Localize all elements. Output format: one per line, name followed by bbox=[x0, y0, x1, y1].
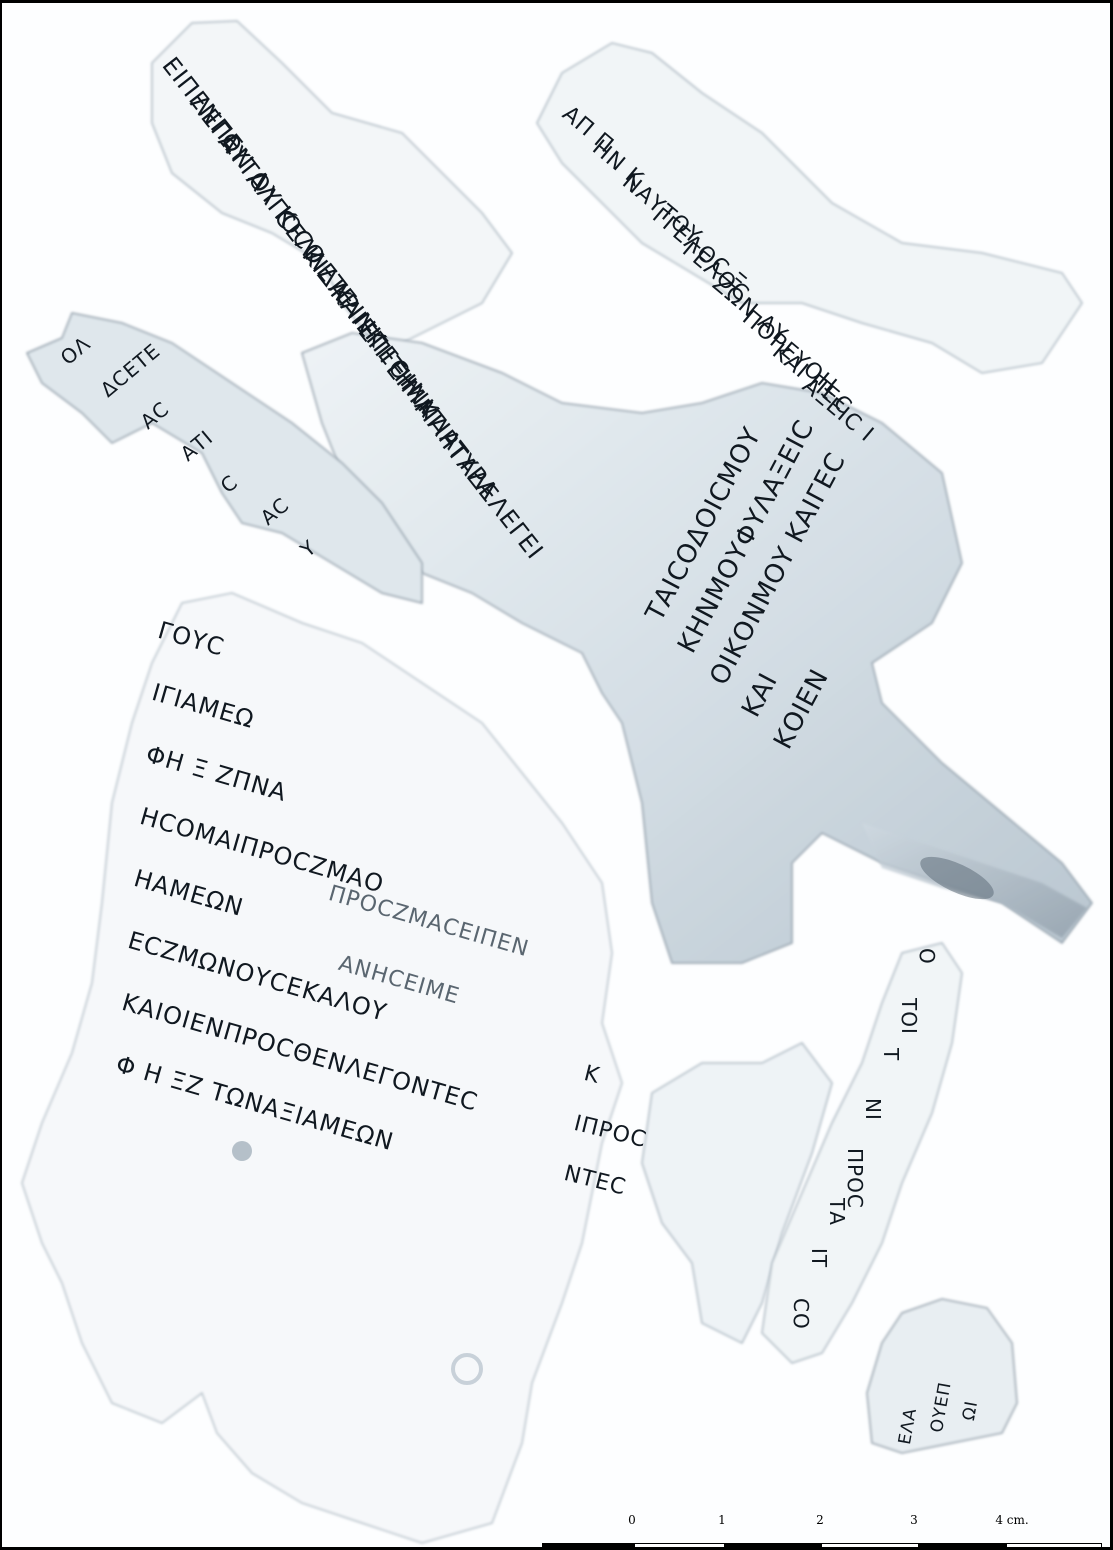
scale-label: 4 cm. bbox=[995, 1513, 1028, 1527]
text-line: Ο bbox=[917, 948, 937, 965]
scale-segments bbox=[542, 1543, 1102, 1550]
text-line: ΩΙ bbox=[961, 1399, 981, 1422]
text-line: Τ bbox=[881, 1048, 901, 1061]
scale-segment bbox=[822, 1544, 918, 1550]
scale-segment bbox=[635, 1544, 725, 1550]
scale-segment bbox=[724, 1544, 822, 1550]
scale-label: 1 bbox=[718, 1513, 726, 1527]
scale-segment bbox=[918, 1544, 1008, 1550]
text-line: ΙΤ bbox=[809, 1248, 829, 1268]
text-line: CΟ bbox=[791, 1298, 811, 1330]
text-line: ΤΟΙ bbox=[899, 998, 919, 1035]
scale-segment bbox=[543, 1544, 635, 1550]
text-line: ΝΙ bbox=[863, 1098, 883, 1121]
scale-label: 2 bbox=[816, 1513, 824, 1527]
fragment-top-right bbox=[537, 43, 1082, 373]
parchment-fragments bbox=[2, 3, 1113, 1550]
scale-label: 0 bbox=[628, 1513, 636, 1527]
stain bbox=[232, 1141, 252, 1161]
scale-label: 3 bbox=[910, 1513, 918, 1527]
scale-bar: 01234 cm. bbox=[542, 1513, 1102, 1547]
scale-labels: 01234 cm. bbox=[542, 1513, 1102, 1529]
photo-frame: ΕΙΠΕΝΠΕΛΕΓΩΝ ΛΑΥΤΟΥ ΚΑΛΠΟCΟCΕΛΛΕΤΕΚΙΔΑΡΙ… bbox=[0, 0, 1113, 1550]
scale-segment bbox=[1007, 1544, 1101, 1550]
text-line: ΤΑ bbox=[827, 1198, 847, 1226]
